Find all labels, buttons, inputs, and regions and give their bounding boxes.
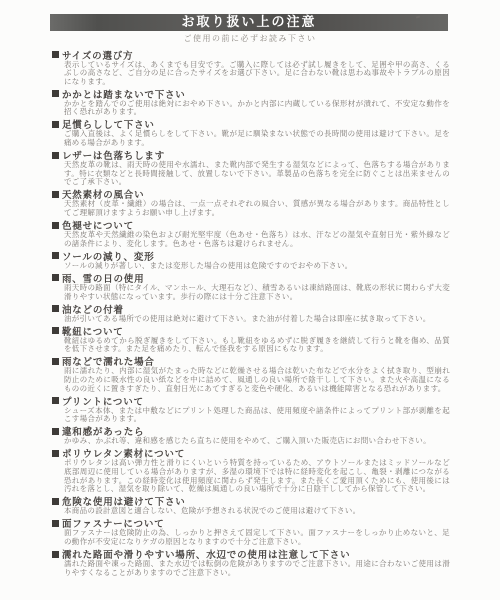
section: 天然素材の風合い 天然素材（皮革・繊維）の場合は、一点一点それぞれの風合い、質感…: [52, 189, 450, 218]
title-bar: お取り扱い上の注意: [50, 14, 448, 31]
section: ポリウレタン素材について ポリウレタンは高い弾力性と滑りにくいという特質を持って…: [52, 448, 450, 494]
section-heading: 色褪せについて: [52, 220, 450, 231]
section-body: 面ファスナーは危険防止の為、しっかりと押さえて固定して下さい。面ファスナーをしっ…: [52, 529, 450, 546]
section: サイズの選び方 表示しているサイズは、あくまでも目安です。ご購入に際しては必ず試…: [52, 49, 450, 86]
section-body: シューズ本体、または中敷などにプリント処理した商品は、使用頻度や諸条件によってプ…: [52, 407, 450, 424]
section-heading: 濡れた路面や滑りやすい場所、水辺での使用は注意して下さい: [52, 549, 450, 560]
section-heading: プリントについて: [52, 395, 450, 406]
section: 雨、雪の日の使用 雨天時の路面（特にタイル、マンホール、大理石など）、積雪あるい…: [52, 272, 450, 301]
bullet-square-icon: [52, 90, 59, 97]
section: 靴紐について 靴紐はゆるめてから脱ぎ履きをして下さい。もし靴紐をゆるめずに脱ぎ履…: [52, 325, 450, 354]
bullet-square-icon: [52, 327, 59, 334]
bullet-square-icon: [52, 358, 59, 365]
bullet-square-icon: [52, 450, 59, 457]
section-body: 濡れた路面や凍った路面、また水辺では転倒の危険がありますのでご注意下さい。用途に…: [52, 560, 450, 577]
section-heading: かかとは踏まないで下さい: [52, 88, 450, 99]
section: 危険な使用は避けて下さい 本商品の設計意図と適合しない、危険が予想される状況での…: [52, 496, 450, 516]
section-body: 天然素材（皮革・繊維）の場合は、一点一点それぞれの風合い、質感が異なる場合があり…: [52, 200, 450, 217]
bullet-square-icon: [52, 498, 59, 505]
section-body: ご購入直後は、よく足慣らしをして下さい。靴が足に馴染まない状態での長時間の使用は…: [52, 130, 450, 147]
bullet-square-icon: [52, 152, 59, 159]
bullet-square-icon: [52, 428, 59, 435]
bullet-square-icon: [52, 520, 59, 527]
section: 違和感があったら かゆみ、かぶれ等、違和感を感じたら直ちに使用をやめて、ご購入頂…: [52, 426, 450, 446]
section-heading: レザーは色落ちします: [52, 150, 450, 161]
bullet-square-icon: [52, 51, 59, 58]
section-heading: サイズの選び方: [52, 49, 450, 60]
section-heading: 靴紐について: [52, 325, 450, 336]
section-body: かかとを踏んでのご使用は絶対におやめ下さい。かかと内部に内蔵している保形材が潰れ…: [52, 100, 450, 117]
section-body: 油が引いてある場所での使用は絶対に避けて下さい。また油が付着した場合は即座に拭き…: [52, 315, 450, 324]
section: ソールの減り、変形 ソールの減りが著しい、または変形した場合の使用は危険ですので…: [52, 250, 450, 270]
section: 色褪せについて 天然皮革や天然繊維の染色および耐光堅牢度（色あせ・色落ち）は水、…: [52, 220, 450, 249]
section-heading: 雨、雪の日の使用: [52, 272, 450, 283]
section-body: ポリウレタンは高い弾力性と滑りにくいという特質を持っているため、アウトソールまた…: [52, 459, 450, 493]
section: 面ファスナーについて 面ファスナーは危険防止の為、しっかりと押さえて固定して下さ…: [52, 518, 450, 547]
care-instructions-sheet: お取り扱い上の注意 ご使用の前に必ずお読み下さい サイズの選び方 表示しているサ…: [0, 0, 500, 600]
section-body: 表示しているサイズは、あくまでも目安です。ご購入に際しては必ず試し履きをして、足…: [52, 61, 450, 87]
section-body: 天然皮革の靴は、雨天時の使用や水濡れ、また靴内部で発生する湿気などによって、色落…: [52, 161, 450, 187]
section-heading: 油などの付着: [52, 303, 450, 314]
section: 雨などで濡れた場合 雨に濡れたり、内部に湿気がたまった時などに乾燥させる場合は乾…: [52, 356, 450, 393]
section-body: 本商品の設計意図と適合しない、危険が予想される状況でのご使用は避けて下さい。: [52, 507, 450, 516]
page-title: お取り扱い上の注意: [50, 14, 448, 31]
section-body: かゆみ、かぶれ等、違和感を感じたら直ちに使用をやめて、ご購入頂いた販売店にお問い…: [52, 437, 450, 446]
bullet-square-icon: [52, 305, 59, 312]
bullet-square-icon: [52, 252, 59, 259]
sections-list: サイズの選び方 表示しているサイズは、あくまでも目安です。ご購入に際しては必ず試…: [52, 49, 450, 577]
section: かかとは踏まないで下さい かかとを踏んでのご使用は絶対におやめ下さい。かかと内部…: [52, 88, 450, 117]
bullet-square-icon: [52, 274, 59, 281]
page-subtitle: ご使用の前に必ずお読み下さい: [0, 33, 500, 44]
section-body: 天然皮革や天然繊維の染色および耐光堅牢度（色あせ・色落ち）は水、汗などの湿気や直…: [52, 231, 450, 248]
section: 濡れた路面や滑りやすい場所、水辺での使用は注意して下さい 濡れた路面や凍った路面…: [52, 549, 450, 578]
section: レザーは色落ちします 天然皮革の靴は、雨天時の使用や水濡れ、また靴内部で発生する…: [52, 150, 450, 187]
bullet-square-icon: [52, 551, 59, 558]
section: プリントについて シューズ本体、または中敷などにプリント処理した商品は、使用頻度…: [52, 395, 450, 424]
section-body: 雨天時の路面（特にタイル、マンホール、大理石など）、積雪あるいは凍結路面は、靴底…: [52, 284, 450, 301]
bullet-square-icon: [52, 222, 59, 229]
section: 足慣らしして下さい ご購入直後は、よく足慣らしをして下さい。靴が足に馴染まない状…: [52, 119, 450, 148]
bullet-square-icon: [52, 397, 59, 404]
section-body: ソールの減りが著しい、または変形した場合の使用は危険ですのでおやめ下さい。: [52, 262, 450, 271]
bullet-square-icon: [52, 121, 59, 128]
section-heading: ソールの減り、変形: [52, 250, 450, 261]
section-body: 靴紐はゆるめてから脱ぎ履きをして下さい。もし靴紐をゆるめずに脱ぎ履きを継続して行…: [52, 337, 450, 354]
section: 油などの付着 油が引いてある場所での使用は絶対に避けて下さい。また油が付着した場…: [52, 303, 450, 323]
section-body: 雨に濡れたり、内部に湿気がたまった時などに乾燥させる場合は乾いた布などで水分をよ…: [52, 367, 450, 393]
bullet-square-icon: [52, 191, 59, 198]
